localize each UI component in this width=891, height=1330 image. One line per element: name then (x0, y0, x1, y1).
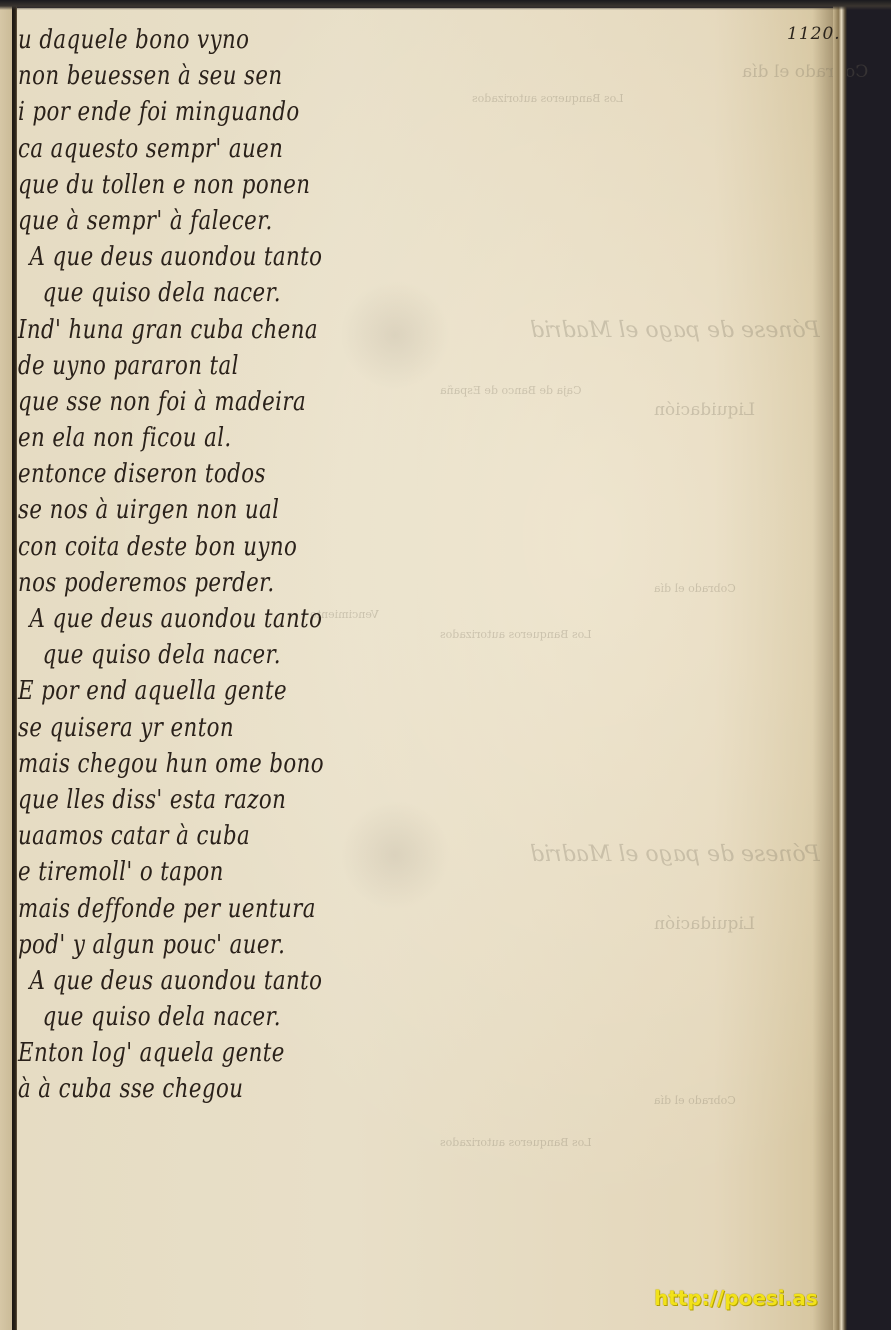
bleed-through-text: Los Banqueros autorizados (440, 1136, 592, 1149)
bleed-through-text: Los Banqueros autorizados (472, 92, 624, 105)
bleed-through-text: Caja de Banco de España (440, 384, 581, 397)
bleed-through-text: Cobrado el día (654, 1094, 736, 1107)
refrain-line: que quiso dela nacer. (18, 999, 324, 1035)
verse-line: se quisera yr enton (18, 710, 324, 746)
verse-line: non beuessen à seu sen (18, 58, 324, 94)
verse-line: à à cuba sse chegou (18, 1071, 324, 1107)
refrain-line: A que deus auondou tanto (18, 601, 324, 637)
bleed-through-text: Liquidación (654, 400, 755, 420)
verse-line: Ind' huna gran cuba chena (18, 312, 324, 348)
refrain-line: A que deus auondou tanto (18, 239, 324, 275)
top-shadow (0, 0, 891, 10)
verse-line: se nos à uirgen non ual (18, 492, 324, 528)
verse-line: Enton log' aquela gente (18, 1035, 324, 1071)
verse-line: mais chegou hun ome bono (18, 746, 324, 782)
verse-line: de uyno pararon tal (18, 348, 324, 384)
refrain-line: que quiso dela nacer. (18, 275, 324, 311)
verse-line: que du tollen e non ponen (18, 167, 324, 203)
verse-line: que sse non foi à madeira (18, 384, 324, 420)
verse-line: que à sempr' à falecer. (18, 203, 324, 239)
gutter-line (12, 0, 17, 1330)
bleed-through-text: Pónese de pago el Madrid (530, 318, 820, 343)
folio-number: 1120. (787, 24, 841, 44)
verse-line: en ela non ficou al. (18, 420, 324, 456)
binding-strip (0, 0, 12, 1330)
verse-line: entonce diseron todos (18, 456, 324, 492)
bleed-through-text: Cobrado el día (742, 62, 868, 82)
refrain-line: que quiso dela nacer. (18, 637, 324, 673)
verse-line: e tiremoll' o tapon (18, 854, 324, 890)
verse-line: pod' y algun pouc' auer. (18, 927, 324, 963)
bleed-through-text: Los Banqueros autorizados (440, 628, 592, 641)
poem-text: u daquele bono vyno non beuessen à seu s… (18, 22, 391, 1108)
watermark-link[interactable]: http://poesi.as (654, 1286, 818, 1310)
verse-line: ca aquesto sempr' auen (18, 131, 324, 167)
bleed-through-text: Cobrado el día (654, 582, 736, 595)
verse-line: con coita deste bon uyno (18, 529, 324, 565)
bleed-through-text: Liquidación (654, 914, 755, 934)
verse-line: uaamos catar à cuba (18, 818, 324, 854)
verse-line: que lles diss' esta razon (18, 782, 324, 818)
verse-line: mais deffonde per uentura (18, 891, 324, 927)
bleed-through-text: Pónese de pago el Madrid (530, 842, 820, 867)
verse-line: i por ende foi minguando (18, 94, 324, 130)
refrain-line: A que deus auondou tanto (18, 963, 324, 999)
page-edge (833, 0, 847, 1330)
verse-line: u daquele bono vyno (18, 22, 324, 58)
verse-line: E por end aquella gente (18, 673, 324, 709)
verse-line: nos poderemos perder. (18, 565, 324, 601)
